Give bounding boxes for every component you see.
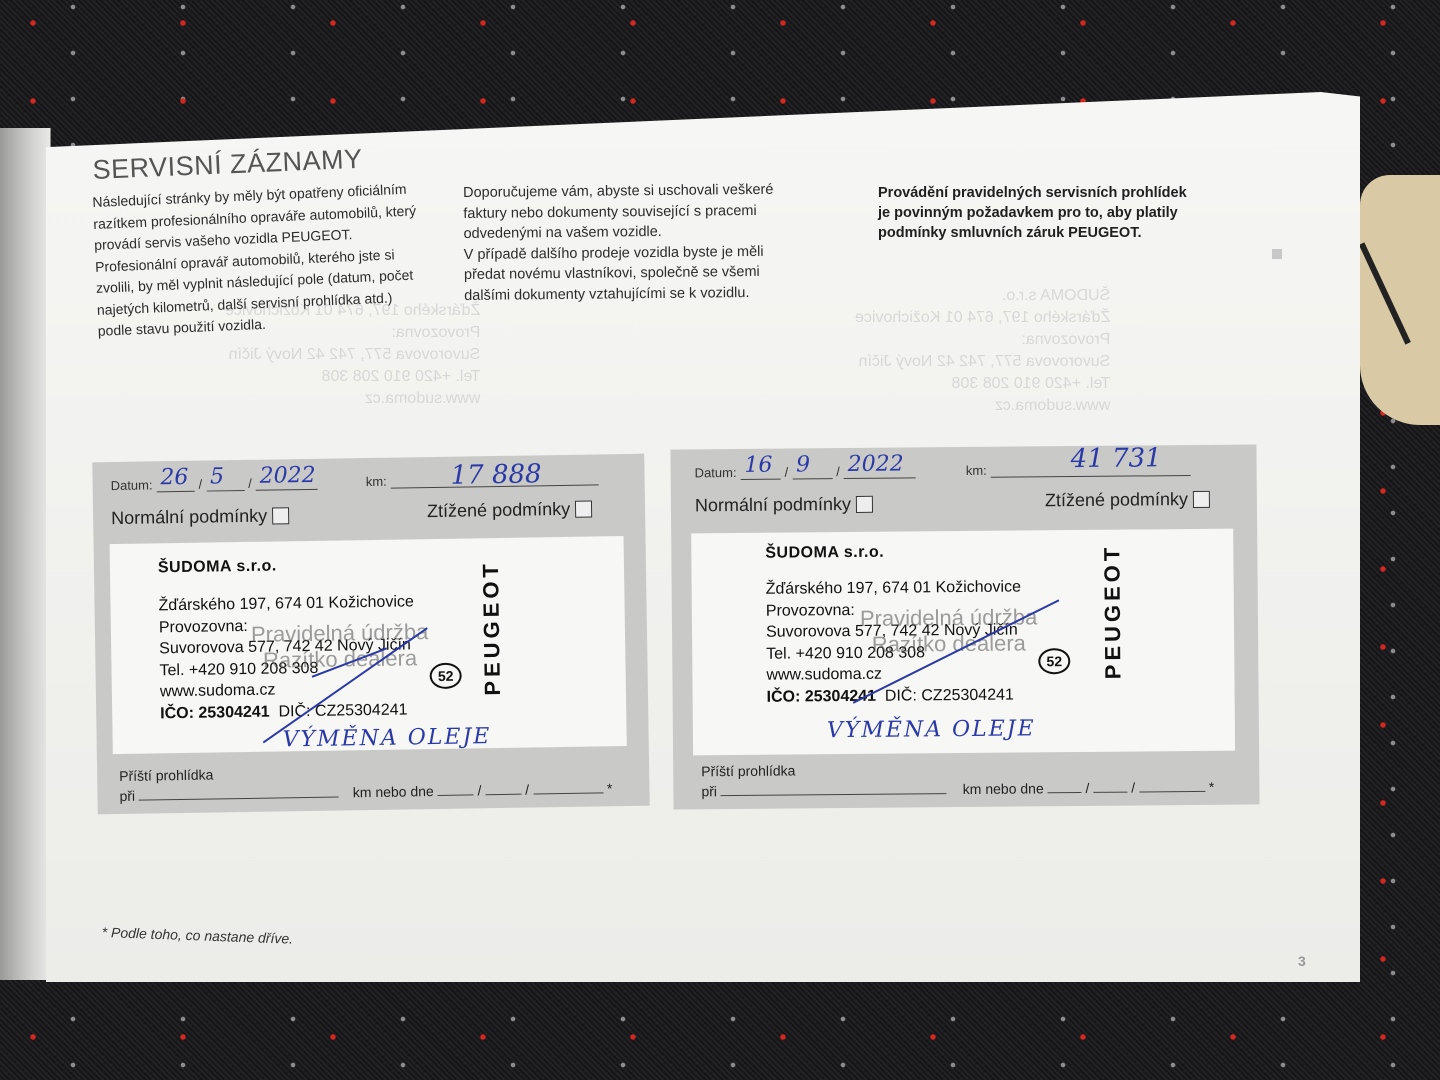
next-inspection-month-field[interactable] bbox=[485, 782, 521, 796]
next-inspection-row: Příští prohlídka při km nebo dne / / * bbox=[701, 757, 1214, 801]
next-inspection-km-field[interactable] bbox=[721, 781, 947, 796]
date-km-row: Datum: 16 / 9 / 2022 km: 41 731 bbox=[695, 459, 1195, 480]
normal-conditions-option[interactable]: Normální podmínky bbox=[111, 505, 289, 529]
km-field[interactable]: 41 731 bbox=[991, 459, 1191, 478]
bleed-through-stamp-left: Žďárského 197, 674 01 Kožichovice Provoz… bbox=[225, 300, 480, 410]
page-marker bbox=[1272, 249, 1282, 259]
recommendation-paragraph: Doporučujeme vám, abyste si uschovali ve… bbox=[463, 179, 834, 306]
harsh-conditions-checkbox[interactable] bbox=[575, 501, 592, 518]
normal-conditions-checkbox[interactable] bbox=[272, 507, 289, 524]
date-km-row: Datum: 26 / 5 / 2022 km: 17 888 bbox=[110, 468, 602, 493]
date-month-field[interactable]: 5 bbox=[206, 474, 244, 492]
date-year-field[interactable]: 2022 bbox=[256, 473, 318, 491]
next-inspection-year-field[interactable] bbox=[533, 780, 603, 794]
next-inspection-km-field[interactable] bbox=[139, 785, 339, 801]
next-inspection-month-field[interactable] bbox=[1093, 780, 1127, 793]
stamp-placeholder-text: Pravidelná údržba Razítko dealera bbox=[860, 604, 1038, 658]
normal-conditions-option[interactable]: Normální podmínky bbox=[695, 494, 873, 517]
date-year-field[interactable]: 2022 bbox=[844, 461, 916, 479]
dealer-stamp-area: ŠUDOMA s.r.o. Žďárského 197, 674 01 Koži… bbox=[110, 536, 627, 754]
stamp-number-badge: 52 bbox=[429, 663, 461, 689]
date-month-field[interactable]: 9 bbox=[792, 462, 832, 479]
harsh-conditions-checkbox[interactable] bbox=[1193, 491, 1210, 508]
next-inspection-year-field[interactable] bbox=[1139, 779, 1205, 793]
handwritten-note: VÝMĚNA OLEJE bbox=[282, 724, 491, 752]
normal-conditions-checkbox[interactable] bbox=[856, 496, 873, 513]
previous-page-edge bbox=[0, 128, 51, 980]
stamp-number-badge: 52 bbox=[1038, 648, 1070, 674]
dealer-stamp-area: ŠUDOMA s.r.o. Žďárského 197, 674 01 Koži… bbox=[691, 529, 1235, 756]
date-day-field[interactable]: 16 bbox=[740, 463, 780, 480]
bleed-through-stamp-right: ŠUDOMA s.r.o. Žďárského 197, 674 01 Koži… bbox=[855, 285, 1110, 417]
service-record-card-2: Datum: 16 / 9 / 2022 km: 41 731 Normální… bbox=[670, 444, 1259, 809]
harsh-conditions-option[interactable]: Ztížené podmínky bbox=[1045, 489, 1210, 511]
peugeot-logo-text: PEUGEOT bbox=[478, 560, 506, 696]
service-record-card-1: Datum: 26 / 5 / 2022 km: 17 888 Normální… bbox=[92, 454, 649, 815]
next-inspection-row: Příští prohlídka při km nebo dne / / * bbox=[119, 758, 612, 806]
date-day-field[interactable]: 26 bbox=[156, 475, 194, 493]
handwritten-note: VÝMĚNA OLEJE bbox=[827, 716, 1036, 743]
next-inspection-day-field[interactable] bbox=[438, 782, 474, 796]
warranty-paragraph: Provádění pravidelných servisních prohlí… bbox=[878, 183, 1238, 243]
page-number: 3 bbox=[1298, 953, 1306, 969]
peugeot-logo-text: PEUGEOT bbox=[1099, 544, 1126, 680]
km-field[interactable]: 17 888 bbox=[391, 468, 599, 488]
harsh-conditions-option[interactable]: Ztížené podmínky bbox=[427, 499, 592, 523]
next-inspection-day-field[interactable] bbox=[1048, 780, 1082, 793]
